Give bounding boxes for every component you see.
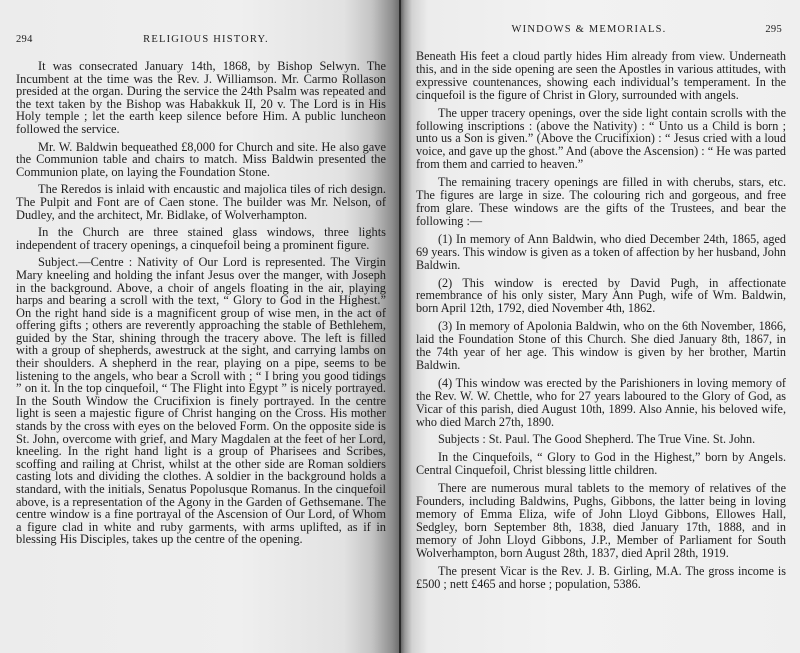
paragraph-reredos: The Reredos is inlaid with encaustic and… bbox=[16, 183, 386, 221]
book-spread: 294 RELIGIOUS HISTORY. It was consecrate… bbox=[0, 0, 800, 653]
left-page: 294 RELIGIOUS HISTORY. It was consecrate… bbox=[0, 0, 400, 653]
paragraph-ascension-continued: Beneath His feet a cloud partly hides Hi… bbox=[416, 50, 786, 102]
paragraph-remaining-tracery: The remaining tracery openings are fille… bbox=[416, 176, 786, 228]
right-page: WINDOWS & MEMORIALS. 295 Beneath His fee… bbox=[400, 0, 800, 653]
running-head-title-right: WINDOWS & MEMORIALS. bbox=[512, 24, 667, 35]
book-gutter bbox=[399, 0, 401, 653]
paragraph-cinquefoils: In the Cinquefoils, “ Glory to God in th… bbox=[416, 451, 786, 477]
paragraph-memorial-2: (2) This window is erected by David Pugh… bbox=[416, 277, 786, 316]
running-head-title-left: RELIGIOUS HISTORY. bbox=[143, 34, 269, 45]
paragraph-memorial-3: (3) In memory of Apolonia Baldwin, who o… bbox=[416, 320, 786, 372]
paragraph-tracery-inscriptions: The upper tracery openings, over the sid… bbox=[416, 107, 786, 172]
paragraph-mural-tablets: There are numerous mural tablets to the … bbox=[416, 482, 786, 559]
running-head-right: WINDOWS & MEMORIALS. 295 bbox=[416, 24, 786, 42]
running-head-left: 294 RELIGIOUS HISTORY. bbox=[16, 34, 386, 52]
paragraph-consecration: It was consecrated January 14th, 1868, b… bbox=[16, 60, 386, 136]
paragraph-baldwin-bequest: Mr. W. Baldwin bequeathed £8,000 for Chu… bbox=[16, 141, 386, 179]
page-number-left: 294 bbox=[16, 34, 33, 45]
paragraph-subjects: Subjects : St. Paul. The Good Shepherd. … bbox=[416, 433, 786, 446]
page-number-right: 295 bbox=[765, 24, 782, 35]
paragraph-memorial-4: (4) This window was erected by the Paris… bbox=[416, 377, 786, 429]
paragraph-present-vicar: The present Vicar is the Rev. J. B. Girl… bbox=[416, 565, 786, 591]
paragraph-memorial-1: (1) In memory of Ann Baldwin, who died D… bbox=[416, 233, 786, 272]
paragraph-stained-glass: In the Church are three stained glass wi… bbox=[16, 226, 386, 251]
paragraph-window-subjects: Subject.—Centre : Nativity of Our Lord i… bbox=[16, 256, 386, 546]
